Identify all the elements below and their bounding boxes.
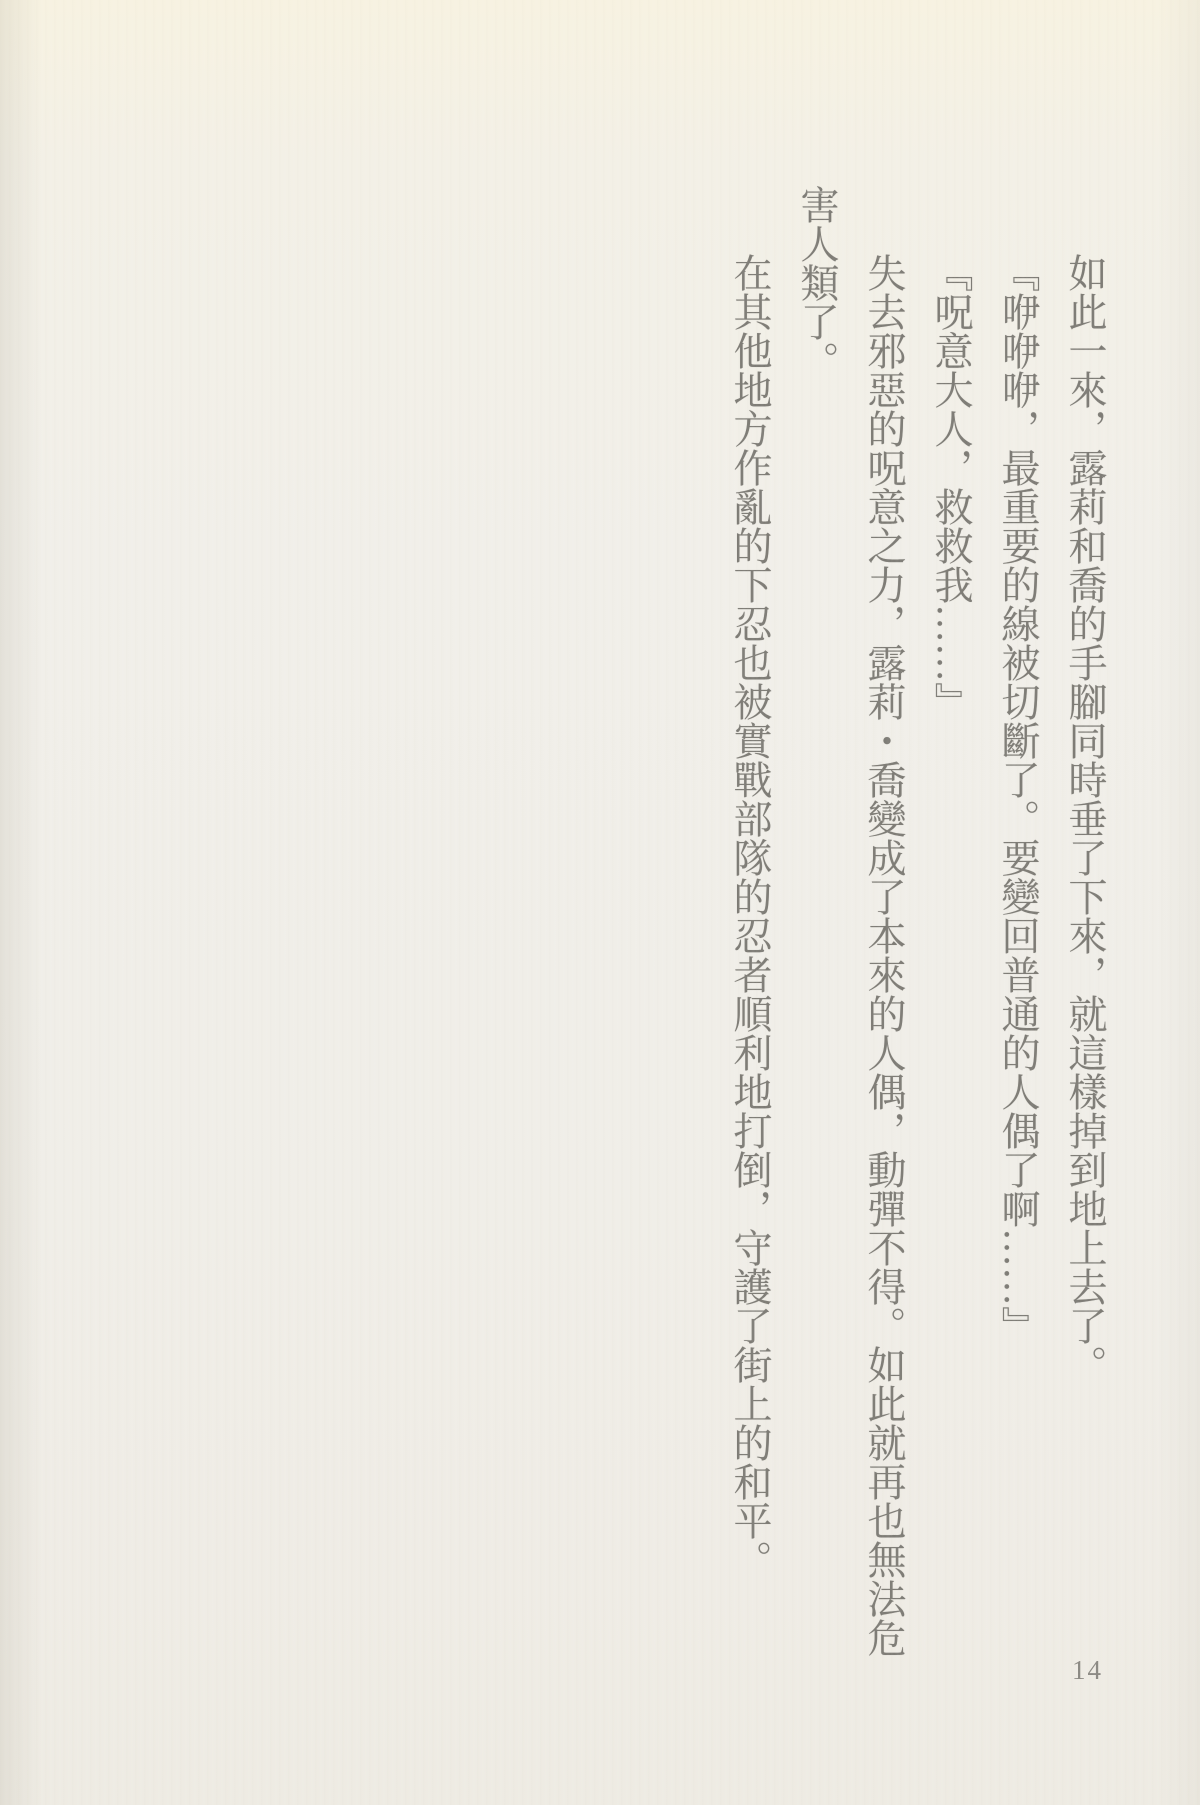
paragraph-narration-2: 失去邪惡的呪意之力，露莉・喬變成了本來的人偶，動彈不得。如此就再也無法危害人類了…	[783, 185, 917, 1680]
page-number: 14	[1072, 1655, 1103, 1686]
paragraph-dialogue-1: 『咿咿咿，最重要的線被切斷了。要變回普通的人偶了啊……』	[984, 185, 1051, 1680]
paragraph-narration-1: 如此一來，露莉和喬的手腳同時垂了下來，就這樣掉到地上去了。	[1051, 185, 1118, 1680]
paragraph-dialogue-2: 『呪意大人，救救我……』	[917, 185, 984, 1680]
paragraph-narration-3: 在其他地方作亂的下忍也被實戰部隊的忍者順利地打倒，守護了街上的和平。	[716, 185, 783, 1680]
book-page: 如此一來，露莉和喬的手腳同時垂了下來，就這樣掉到地上去了。 『咿咿咿，最重要的線…	[0, 0, 1200, 1805]
vertical-text-block: 如此一來，露莉和喬的手腳同時垂了下來，就這樣掉到地上去了。 『咿咿咿，最重要的線…	[716, 185, 1118, 1680]
